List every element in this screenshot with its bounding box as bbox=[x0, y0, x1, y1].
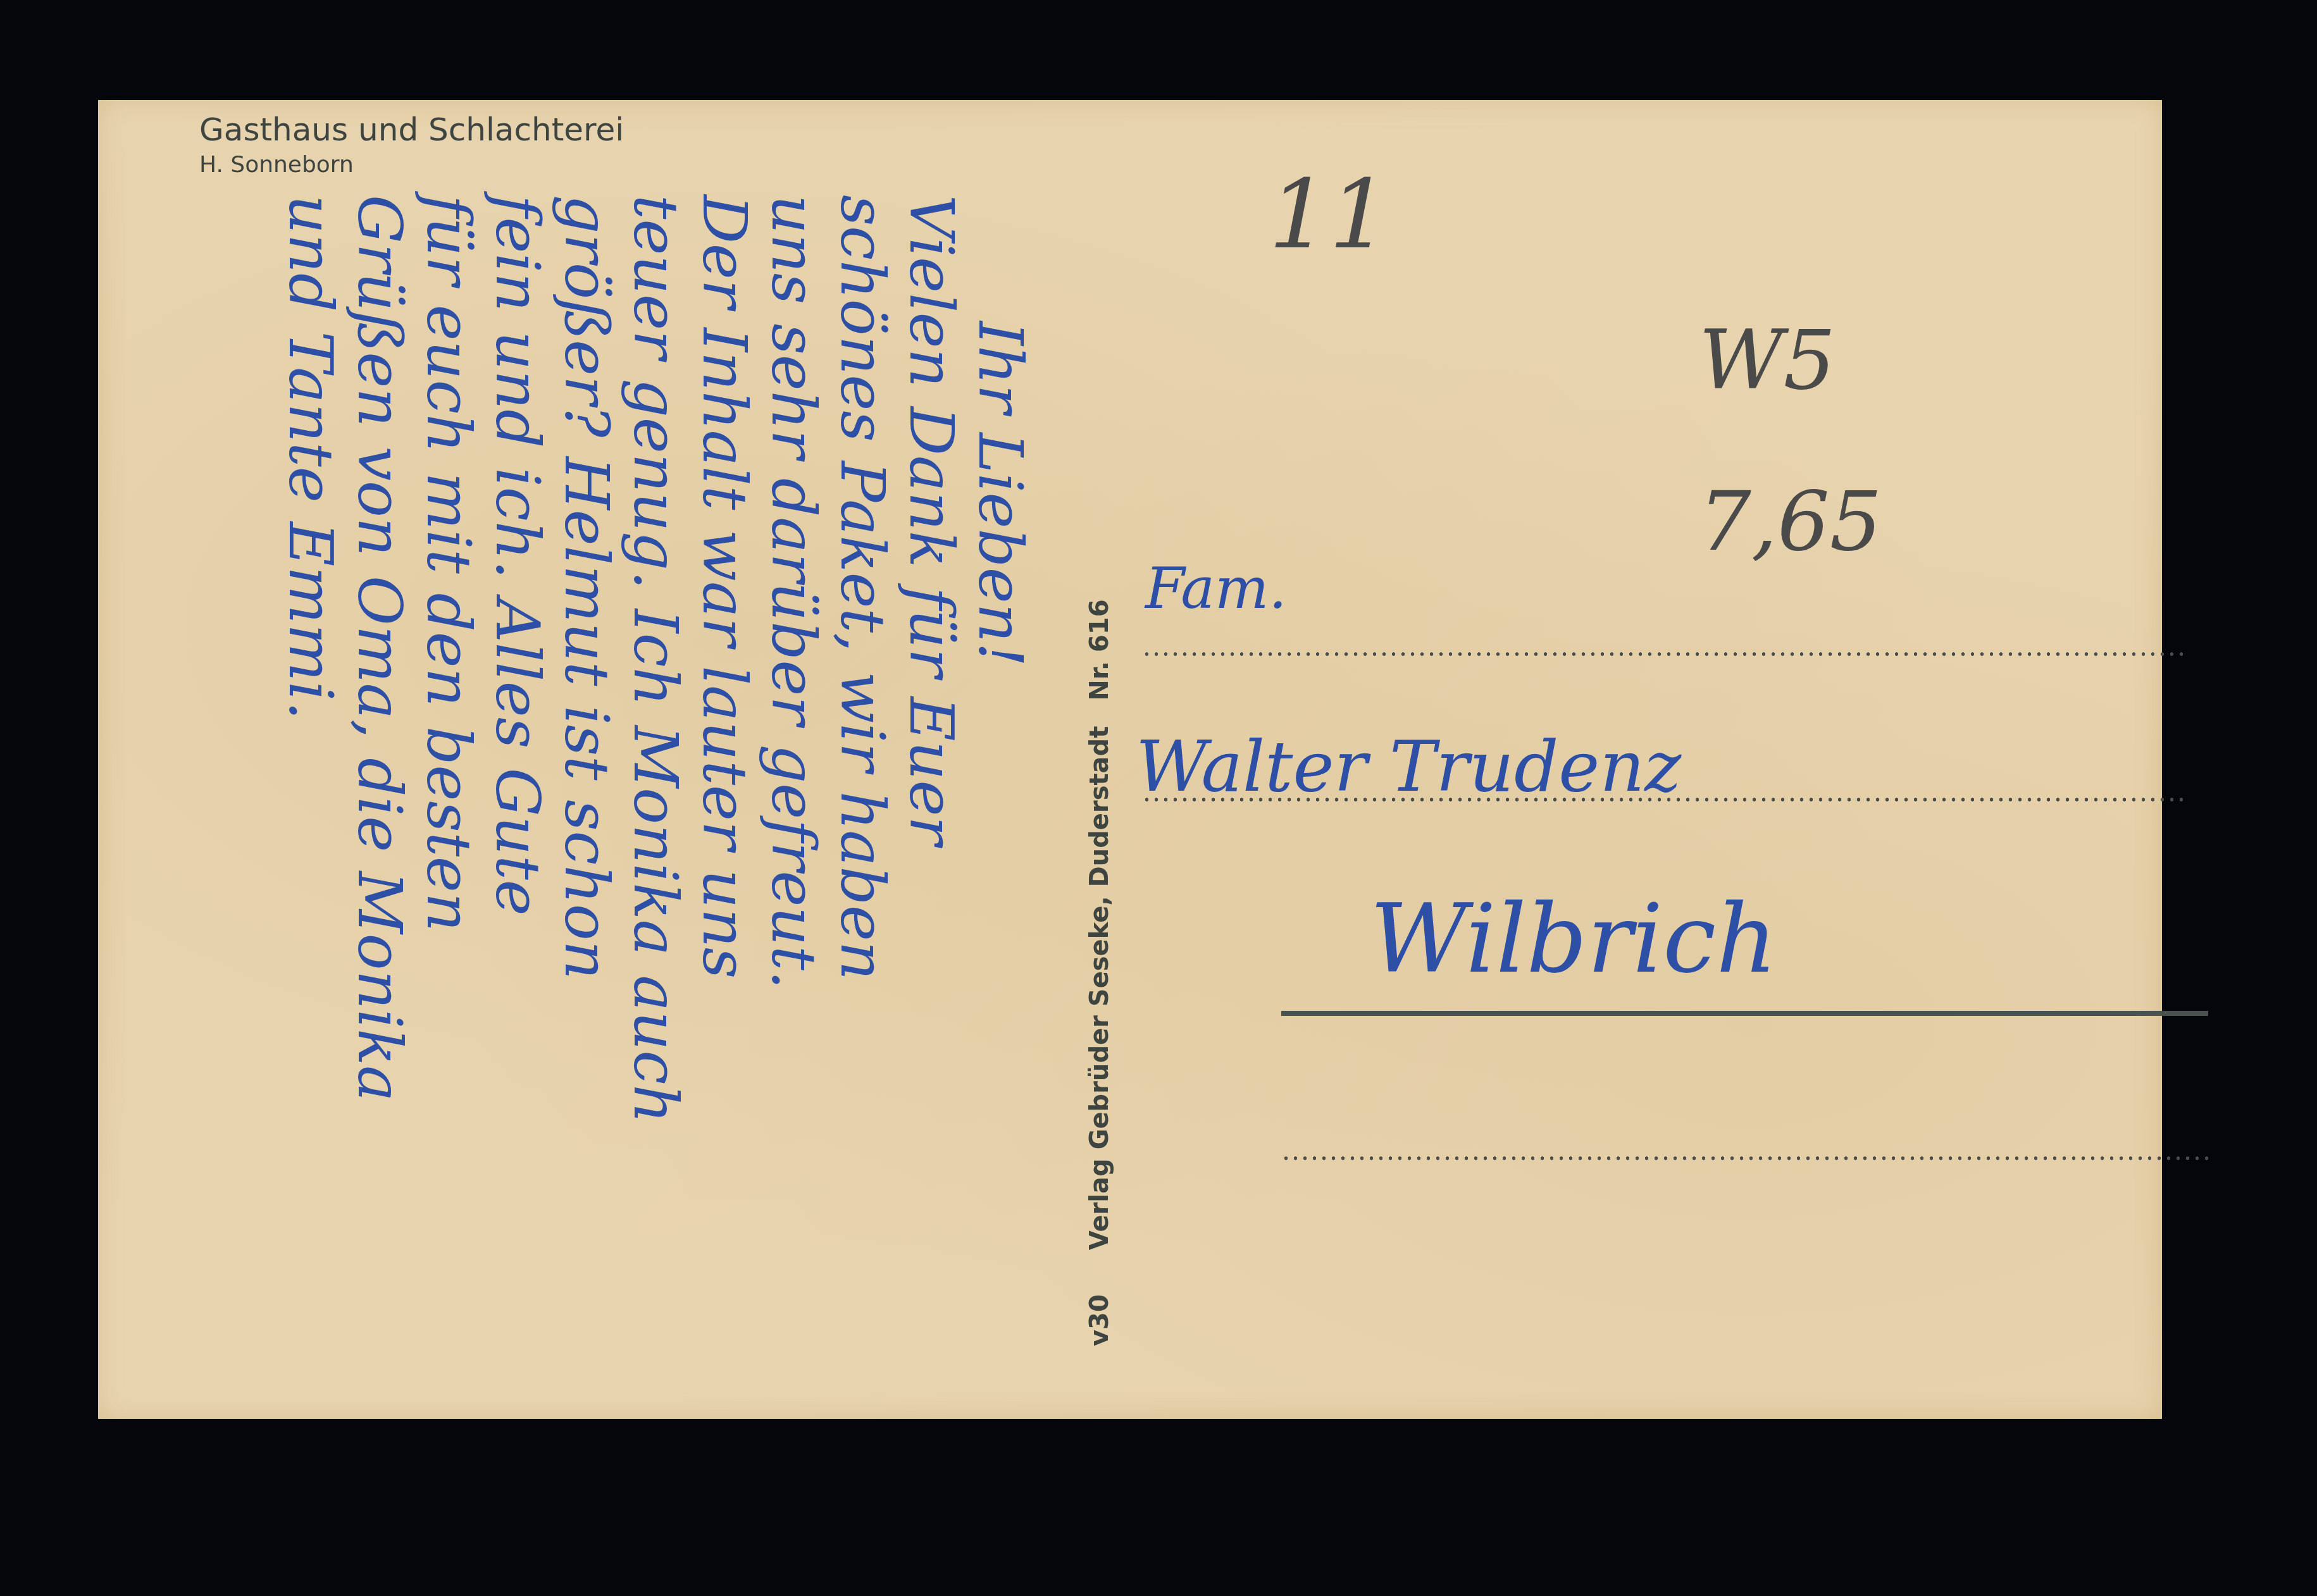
address-dotted-line-2 bbox=[1142, 798, 2189, 801]
publisher-imprint: v30Verlag Gebrüder Seseke, DuderstadtNr.… bbox=[1085, 600, 1114, 1346]
printed-header-owner: H. Sonneborn bbox=[199, 152, 354, 178]
address-line-1: Fam. bbox=[1145, 555, 1287, 622]
message-line: für euch mit den besten bbox=[414, 195, 483, 1397]
message-line: schönes Paket, wir haben bbox=[828, 195, 897, 1397]
message-line: und Tante Emmi. bbox=[276, 195, 345, 1397]
handwritten-message: Ihr Lieben! Vielen Dank für Euer schönes… bbox=[276, 195, 1034, 1397]
message-line: teuer genug. Ich Monika auch bbox=[621, 195, 690, 1397]
postcard: Gasthaus und Schlachterei H. Sonneborn v… bbox=[98, 100, 2162, 1419]
imprint-number: Nr. 616 bbox=[1085, 600, 1114, 701]
address-dotted-line-3 bbox=[1281, 1156, 2208, 1160]
message-line: Vielen Dank für Euer bbox=[897, 195, 966, 1397]
imprint-text: Verlag Gebrüder Seseke, Duderstadt bbox=[1085, 726, 1114, 1251]
address-line-2: Walter Trudenz bbox=[1136, 726, 1681, 807]
message-line: fein und ich. Alles Gute bbox=[483, 195, 552, 1397]
address-line-3: Wilbrich bbox=[1370, 884, 1777, 994]
pencil-mark-middle: W5 bbox=[1699, 312, 1836, 408]
printed-header-title: Gasthaus und Schlachterei bbox=[199, 111, 624, 148]
address-dotted-line-1 bbox=[1142, 652, 2189, 656]
message-line: uns sehr darüber gefreut. bbox=[759, 195, 828, 1397]
message-line: größer? Helmut ist schon bbox=[552, 195, 621, 1397]
pencil-mark-price: 7,65 bbox=[1699, 473, 1882, 569]
message-line: Ihr Lieben! bbox=[966, 195, 1034, 1397]
pencil-mark-top: 11 bbox=[1269, 160, 1389, 270]
message-line: Grüßen von Oma, die Monika bbox=[345, 195, 414, 1397]
address-solid-line bbox=[1281, 1011, 2208, 1016]
message-line: Der Inhalt war lauter uns bbox=[690, 195, 759, 1397]
imprint-code: v30 bbox=[1085, 1294, 1114, 1346]
